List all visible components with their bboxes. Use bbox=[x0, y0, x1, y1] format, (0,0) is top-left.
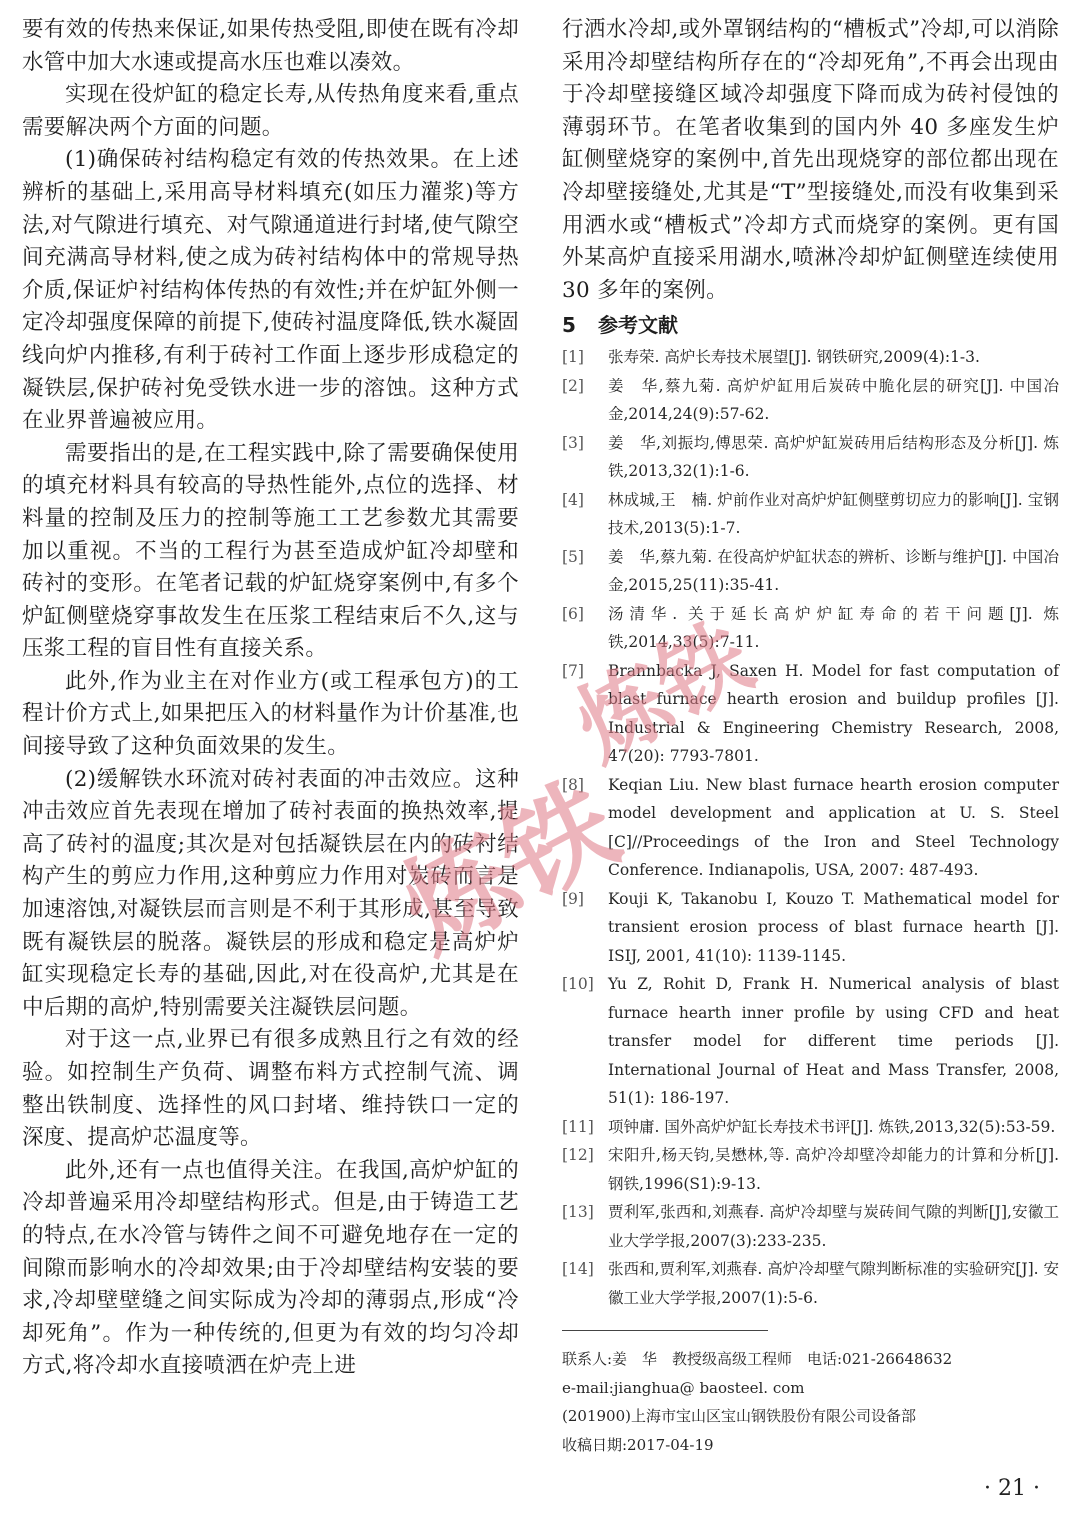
section-number: 5 bbox=[562, 309, 598, 341]
reference-item: [2]姜 华,蔡九菊. 高炉炉缸用后炭砖中脆化层的研究[J]. 中国冶金,201… bbox=[562, 372, 1059, 429]
reference-text: 姜 华,刘振均,傅思荣. 高炉炉缸炭砖用后结构形态及分析[J]. 炼铁,2013… bbox=[608, 434, 1059, 481]
reference-list: [1]张寿荣. 高炉长寿技术展望[J]. 钢铁研究,2009(4):1-3. [… bbox=[562, 343, 1059, 1312]
reference-text: 姜 华,蔡九菊. 在役高炉炉缸状态的辨析、诊断与维护[J]. 中国冶金,2015… bbox=[608, 548, 1059, 595]
reference-number: [3] bbox=[562, 429, 584, 458]
footnote-address: (201900)上海市宝山区宝山钢铁股份有限公司设备部 bbox=[562, 1402, 1059, 1431]
reference-item: [12]宋阳升,杨天钧,吴懋林,等. 高炉冷却壁冷却能力的计算和分析[J]. 钢… bbox=[562, 1141, 1059, 1198]
reference-number: [5] bbox=[562, 543, 584, 572]
body-paragraph: (1)确保砖衬结构稳定有效的传热效果。在上述辨析的基础上,采用高导材料填充(如压… bbox=[22, 144, 519, 437]
section-heading-references: 5参考文献 bbox=[562, 309, 1059, 341]
reference-text: Keqian Liu. New blast furnace hearth ero… bbox=[608, 776, 1059, 880]
reference-text: 宋阳升,杨天钧,吴懋林,等. 高炉冷却壁冷却能力的计算和分析[J]. 钢铁,19… bbox=[608, 1146, 1059, 1193]
reference-number: [1] bbox=[562, 343, 584, 372]
footnote-divider bbox=[562, 1330, 768, 1331]
body-paragraph: 需要指出的是,在工程实践中,除了需要确保使用的填充材料具有较高的导热性能外,点位… bbox=[22, 438, 519, 666]
reference-item: [3]姜 华,刘振均,傅思荣. 高炉炉缸炭砖用后结构形态及分析[J]. 炼铁,2… bbox=[562, 429, 1059, 486]
reference-number: [4] bbox=[562, 486, 584, 515]
reference-text: 贾利军,张西和,刘燕春. 高炉冷却壁与炭砖间气隙的判断[J],安徽工业大学学报,… bbox=[608, 1203, 1059, 1250]
body-paragraph: (2)缓解铁水环流对砖衬表面的冲击效应。这种冲击效应首先表现在增加了砖衬表面的换… bbox=[22, 764, 519, 1025]
reference-text: 张寿荣. 高炉长寿技术展望[J]. 钢铁研究,2009(4):1-3. bbox=[608, 348, 980, 366]
reference-item: [8]Keqian Liu. New blast furnace hearth … bbox=[562, 771, 1059, 885]
reference-item: [5]姜 华,蔡九菊. 在役高炉炉缸状态的辨析、诊断与维护[J]. 中国冶金,2… bbox=[562, 543, 1059, 600]
reference-item: [1]张寿荣. 高炉长寿技术展望[J]. 钢铁研究,2009(4):1-3. bbox=[562, 343, 1059, 372]
footnote-received-date: 收稿日期:2017-04-19 bbox=[562, 1431, 1059, 1460]
reference-text: 林成城,王 楠. 炉前作业对高炉炉缸侧壁剪切应力的影响[J]. 宝钢技术,201… bbox=[608, 491, 1059, 538]
body-paragraph: 此外,作为业主在对作业方(或工程承包方)的工程计价方式上,如果把压入的材料量作为… bbox=[22, 666, 519, 764]
reference-number: [11] bbox=[562, 1113, 594, 1142]
reference-text: Kouji K, Takanobu I, Kouzo T. Mathematic… bbox=[608, 890, 1059, 965]
reference-number: [2] bbox=[562, 372, 584, 401]
body-paragraph: 对于这一点,业界已有很多成熟且行之有效的经验。如控制生产负荷、调整布料方式控制气… bbox=[22, 1024, 519, 1154]
body-paragraph: 行洒水冷却,或外罩钢结构的“槽板式”冷却,可以消除采用冷却壁结构所存在的“冷却死… bbox=[562, 14, 1059, 307]
reference-item: [4]林成城,王 楠. 炉前作业对高炉炉缸侧壁剪切应力的影响[J]. 宝钢技术,… bbox=[562, 486, 1059, 543]
body-paragraph: 此外,还有一点也值得关注。在我国,高炉炉缸的冷却普遍采用冷却壁结构形式。但是,由… bbox=[22, 1155, 519, 1383]
reference-text: Yu Z, Rohit D, Frank H. Numerical analys… bbox=[608, 975, 1059, 1107]
reference-text: 姜 华,蔡九菊. 高炉炉缸用后炭砖中脆化层的研究[J]. 中国冶金,2014,2… bbox=[608, 377, 1059, 424]
reference-number: [13] bbox=[562, 1198, 594, 1227]
reference-number: [7] bbox=[562, 657, 584, 686]
right-column: 行洒水冷却,或外罩钢结构的“槽板式”冷却,可以消除采用冷却壁结构所存在的“冷却死… bbox=[562, 14, 1059, 1459]
reference-item: [13]贾利军,张西和,刘燕春. 高炉冷却壁与炭砖间气隙的判断[J],安徽工业大… bbox=[562, 1198, 1059, 1255]
reference-number: [12] bbox=[562, 1141, 594, 1170]
reference-text: Brannbacka J, Saxen H. Model for fast co… bbox=[608, 662, 1059, 766]
reference-number: [10] bbox=[562, 970, 594, 999]
reference-item: [7]Brannbacka J, Saxen H. Model for fast… bbox=[562, 657, 1059, 771]
left-column: 要有效的传热来保证,如果传热受阻,即使在既有冷却水管中加大水速或提高水压也难以凑… bbox=[22, 14, 519, 1383]
footnote-email: e-mail:jianghua@ baosteel. com bbox=[562, 1374, 1059, 1403]
reference-number: [14] bbox=[562, 1255, 594, 1284]
body-paragraph: 实现在役炉缸的稳定长寿,从传热角度来看,重点需要解决两个方面的问题。 bbox=[22, 79, 519, 144]
footnote-contact: 联系人:姜 华 教授级高级工程师 电话:021-26648632 bbox=[562, 1345, 1059, 1374]
reference-text: 张西和,贾利军,刘燕春. 高炉冷却壁气隙判断标准的实验研究[J]. 安徽工业大学… bbox=[608, 1260, 1059, 1307]
reference-number: [6] bbox=[562, 600, 584, 629]
reference-text: 汤清华. 关于延长高炉炉缸寿命的若干问题[J]. 炼铁,2014,33(5):7… bbox=[608, 605, 1059, 652]
reference-number: [8] bbox=[562, 771, 584, 800]
reference-item: [9]Kouji K, Takanobu I, Kouzo T. Mathema… bbox=[562, 885, 1059, 971]
section-title: 参考文献 bbox=[598, 313, 678, 337]
reference-number: [9] bbox=[562, 885, 584, 914]
reference-item: [6]汤清华. 关于延长高炉炉缸寿命的若干问题[J]. 炼铁,2014,33(5… bbox=[562, 600, 1059, 657]
page-number: · 21 · bbox=[984, 1476, 1040, 1501]
reference-item: [14]张西和,贾利军,刘燕春. 高炉冷却壁气隙判断标准的实验研究[J]. 安徽… bbox=[562, 1255, 1059, 1312]
reference-item: [10]Yu Z, Rohit D, Frank H. Numerical an… bbox=[562, 970, 1059, 1113]
reference-text: 项钟庸. 国外高炉炉缸长寿技术书评[J]. 炼铁,2013,32(5):53-5… bbox=[608, 1118, 1055, 1136]
body-paragraph: 要有效的传热来保证,如果传热受阻,即使在既有冷却水管中加大水速或提高水压也难以凑… bbox=[22, 14, 519, 79]
reference-item: [11]项钟庸. 国外高炉炉缸长寿技术书评[J]. 炼铁,2013,32(5):… bbox=[562, 1113, 1059, 1142]
